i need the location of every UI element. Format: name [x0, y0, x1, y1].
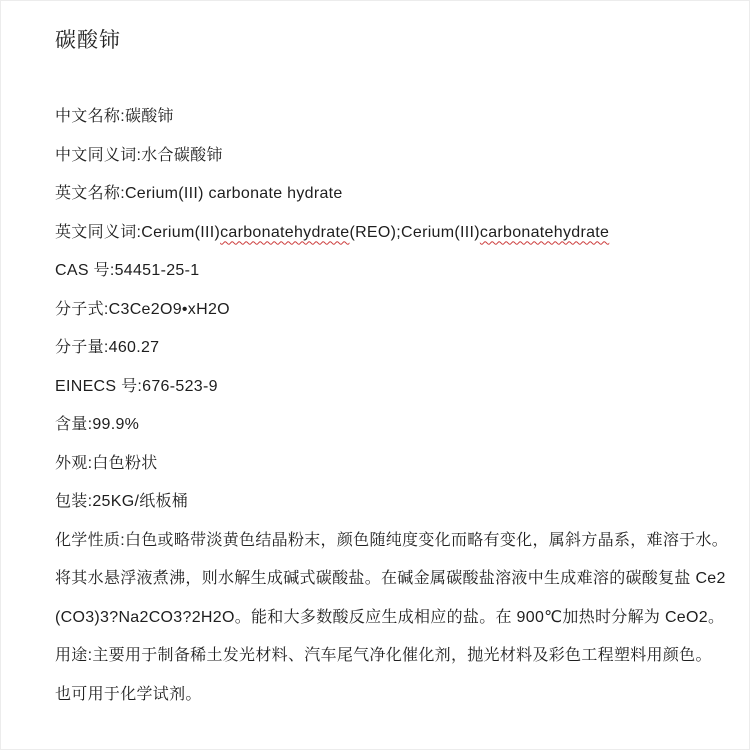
text-segment: 外观:白色粉状 [55, 455, 158, 472]
text-segment: 分子式:C3Ce2O9•xH2O [55, 301, 230, 318]
doc-line-chinese-synonym: 中文同义词:水合碳酸铈 [55, 137, 720, 176]
doc-line-molecular-weight: 分子量:460.27 [55, 329, 720, 368]
doc-line-english-name: 英文名称:Cerium(III) carbonate hydrate [55, 175, 720, 214]
doc-line-uses-1: 用途:主要用于制备稀土发光材料、汽车尾气净化催化剂，抛光材料及彩色工程塑料用颜色… [55, 637, 720, 676]
text-segment: (REO);Cerium(III) [349, 224, 479, 241]
doc-line-appearance: 外观:白色粉状 [55, 445, 720, 484]
misspelled-word: carbonatehydrate [480, 224, 609, 241]
doc-line-chemical-properties-2: 将其水悬浮液煮沸，则水解生成碱式碳酸盐。在碱金属碳酸盐溶液中生成难溶的碳酸复盐 … [55, 560, 720, 599]
text-segment: 英文名称:Cerium(III) carbonate hydrate [55, 185, 343, 202]
text-segment: 包装:25KG/纸板桶 [55, 493, 188, 510]
doc-line-chemical-properties-3: (CO3)3?Na2CO3?2H2O。能和大多数酸反应生成相应的盐。在 900℃… [55, 599, 720, 638]
text-segment: 中文同义词:水合碳酸铈 [55, 147, 223, 164]
doc-line-molecular-formula: 分子式:C3Ce2O9•xH2O [55, 291, 720, 330]
text-segment: 将其水悬浮液煮沸，则水解生成碱式碳酸盐。在碱金属碳酸盐溶液中生成难溶的碳酸复盐 … [55, 570, 726, 587]
doc-line-cas-number: CAS 号:54451-25-1 [55, 252, 720, 291]
doc-line-uses-2: 也可用于化学试剂。 [55, 676, 720, 715]
misspelled-word: carbonatehydrate [220, 224, 349, 241]
text-segment: 化学性质:白色或略带淡黄色结晶粉末，颜色随纯度变化而略有变化，属斜方晶系，难溶于… [55, 532, 728, 549]
doc-line-english-synonym: 英文同义词:Cerium(III)carbonatehydrate(REO);C… [55, 214, 720, 253]
text-segment: 用途:主要用于制备稀土发光材料、汽车尾气净化催化剂，抛光材料及彩色工程塑料用颜色… [55, 647, 712, 664]
document-title: 碳酸铈 [55, 24, 121, 54]
text-segment: 英文同义词:Cerium(III) [55, 224, 220, 241]
document-page: 碳酸铈 中文名称:碳酸铈中文同义词:水合碳酸铈英文名称:Cerium(III) … [0, 0, 750, 750]
document-body: 中文名称:碳酸铈中文同义词:水合碳酸铈英文名称:Cerium(III) carb… [55, 98, 720, 714]
doc-line-chinese-name: 中文名称:碳酸铈 [55, 98, 720, 137]
doc-line-content-purity: 含量:99.9% [55, 406, 720, 445]
doc-line-packaging: 包装:25KG/纸板桶 [55, 483, 720, 522]
text-segment: EINECS 号:676-523-9 [55, 378, 218, 395]
doc-line-chemical-properties-1: 化学性质:白色或略带淡黄色结晶粉末，颜色随纯度变化而略有变化，属斜方晶系，难溶于… [55, 522, 720, 561]
text-segment: CAS 号:54451-25-1 [55, 262, 199, 279]
text-segment: 中文名称:碳酸铈 [55, 108, 174, 125]
text-segment: 也可用于化学试剂。 [55, 686, 202, 703]
doc-line-einecs-number: EINECS 号:676-523-9 [55, 368, 720, 407]
text-segment: 含量:99.9% [55, 416, 139, 433]
text-segment: 分子量:460.27 [55, 339, 159, 356]
text-segment: (CO3)3?Na2CO3?2H2O。能和大多数酸反应生成相应的盐。在 900℃… [55, 609, 724, 626]
